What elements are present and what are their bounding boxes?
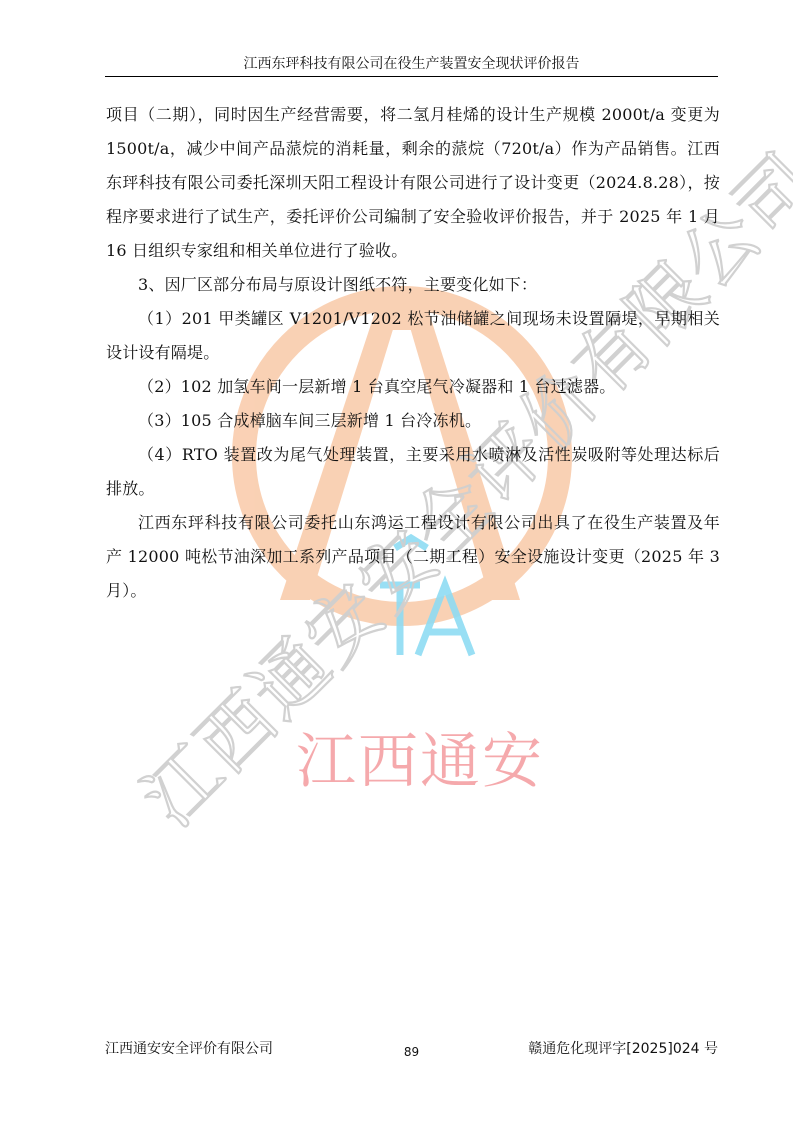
- logo-caption: 江西通安: [296, 727, 544, 797]
- list-item-change-1: （1）201 甲类罐区 V1201/V1202 松节油储罐之间现场未设置隔堤，早…: [106, 302, 720, 370]
- document-number: 赣通危化现评字[2025]024 号: [528, 1038, 718, 1060]
- page-header: 江西东玶科技有限公司在役生产装置安全现状评价报告: [105, 52, 718, 77]
- document-body: 项目（二期），同时因生产经营需要，将二氢月桂烯的设计生产规模 2000t/a 变…: [106, 98, 720, 608]
- paragraph-layout-changes-intro: 3、因厂区部分布局与原设计图纸不符，主要变化如下：: [106, 268, 720, 302]
- list-item-change-3: （3）105 合成樟脑车间三层新增 1 台冷冻机。: [106, 404, 720, 438]
- paragraph-design-change: 江西东玶科技有限公司委托山东鸿运工程设计有限公司出具了在役生产装置及年产 120…: [106, 506, 720, 608]
- list-item-change-4: （4）RTO 装置改为尾气处理装置，主要采用水喷淋及活性炭吸附等处理达标后排放。: [106, 438, 720, 506]
- list-item-change-2: （2）102 加氢车间一层新增 1 台真空尾气冷凝器和 1 台过滤器。: [106, 370, 720, 404]
- header-title: 江西东玶科技有限公司在役生产装置安全现状评价报告: [244, 56, 580, 72]
- paragraph-project-change: 项目（二期），同时因生产经营需要，将二氢月桂烯的设计生产规模 2000t/a 变…: [106, 98, 720, 268]
- page-footer: 江西通安安全评价有限公司 89 赣通危化现评字[2025]024 号: [105, 1038, 718, 1060]
